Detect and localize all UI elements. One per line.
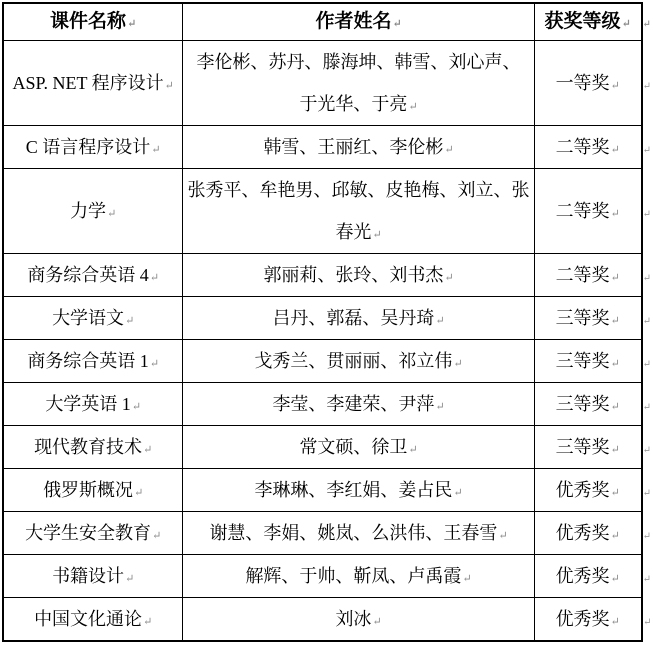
- paragraph-return-icon: ↵: [152, 531, 161, 542]
- row-end-cell: ↵: [642, 169, 652, 254]
- header-award-label: 获奖等级: [545, 11, 621, 32]
- award-cell: 三等奖↵: [534, 297, 641, 340]
- course-text: 大学生安全教育: [25, 523, 151, 543]
- course-cell: 商务综合英语 4↵: [3, 254, 183, 297]
- row-end-mark-icon: ↵: [643, 360, 651, 370]
- paragraph-return-icon: ↵: [408, 445, 417, 456]
- header-authors-label: 作者姓名: [315, 11, 391, 32]
- course-text: 中国文化通论: [34, 609, 142, 629]
- paragraph-return-icon: ↵: [107, 209, 116, 220]
- paragraph-return-icon: ↵: [143, 445, 152, 456]
- award-cell: 一等奖↵: [534, 41, 641, 126]
- course-cell: 力学↵: [3, 169, 183, 254]
- paragraph-return-icon: ↵: [611, 617, 620, 628]
- row-end-mark-icon: ↵: [643, 82, 651, 92]
- table-row: 大学生安全教育↵ 谢慧、李娟、姚岚、么洪伟、王春雪↵ 优秀奖↵ ↵: [3, 512, 652, 555]
- row-end-cell: ↵: [642, 469, 652, 512]
- course-cell: 商务综合英语 1↵: [3, 340, 183, 383]
- header-award: 获奖等级↵: [534, 3, 641, 41]
- paragraph-return-icon: ↵: [125, 574, 134, 585]
- course-cell: 大学语文↵: [3, 297, 183, 340]
- courseware-awards-table: 课件名称↵ 作者姓名↵ 获奖等级↵ ↵ ASP. NET 程序设计↵ 李伦彬、苏…: [2, 2, 653, 642]
- paragraph-return-icon: ↵: [165, 81, 174, 92]
- award-text: 三等奖: [556, 308, 610, 328]
- authors-text: 郭丽莉、张玲、刘书杰: [263, 265, 443, 285]
- row-end-mark-icon: ↵: [643, 274, 651, 284]
- authors-cell: 张秀平、牟艳男、邱敏、皮艳梅、刘立、张春光↵: [183, 169, 534, 254]
- course-text: C 语言程序设计: [26, 137, 151, 157]
- row-end-cell: ↵: [642, 383, 652, 426]
- paragraph-return-icon: ↵: [611, 359, 620, 370]
- award-cell: 优秀奖↵: [534, 512, 641, 555]
- paragraph-return-icon: ↵: [453, 359, 462, 370]
- header-row: 课件名称↵ 作者姓名↵ 获奖等级↵ ↵: [3, 3, 652, 41]
- authors-cell: 吕丹、郭磊、吴丹琦↵: [183, 297, 534, 340]
- authors-text: 戈秀兰、贯丽丽、祁立伟: [254, 351, 452, 371]
- paragraph-return-icon: ↵: [611, 273, 620, 284]
- course-text: 商务综合英语 4: [27, 265, 149, 285]
- authors-cell: 李莹、李建荣、尹萍↵: [183, 383, 534, 426]
- award-cell: 优秀奖↵: [534, 555, 641, 598]
- paragraph-return-icon: ↵: [611, 209, 620, 220]
- paragraph-return-icon: ↵: [125, 316, 134, 327]
- paragraph-return-icon: ↵: [372, 617, 381, 628]
- award-text: 优秀奖: [556, 566, 610, 586]
- paragraph-return-icon: ↵: [435, 316, 444, 327]
- authors-cell: 常文硕、徐卫↵: [183, 426, 534, 469]
- authors-text: 解辉、于帅、靳凤、卢禹霞: [245, 566, 461, 586]
- table-row: 俄罗斯概况↵ 李琳琳、李红娟、姜占民↵ 优秀奖↵ ↵: [3, 469, 652, 512]
- award-cell: 二等奖↵: [534, 126, 641, 169]
- header-course: 课件名称↵: [3, 3, 183, 41]
- award-text: 三等奖: [556, 394, 610, 414]
- authors-cell: 谢慧、李娟、姚岚、么洪伟、王春雪↵: [183, 512, 534, 555]
- table-row: 书籍设计↵ 解辉、于帅、靳凤、卢禹霞↵ 优秀奖↵ ↵: [3, 555, 652, 598]
- authors-cell: 解辉、于帅、靳凤、卢禹霞↵: [183, 555, 534, 598]
- paragraph-return-icon: ↵: [611, 445, 620, 456]
- authors-text: 吕丹、郭磊、吴丹琦: [272, 308, 434, 328]
- paragraph-return-icon: ↵: [408, 102, 417, 113]
- paragraph-return-icon: ↵: [444, 145, 453, 156]
- table-row: C 语言程序设计↵ 韩雪、王丽红、李伦彬↵ 二等奖↵ ↵: [3, 126, 652, 169]
- row-end-cell: ↵: [642, 598, 652, 642]
- row-end-cell: ↵: [642, 3, 652, 41]
- award-cell: 三等奖↵: [534, 340, 641, 383]
- row-end-cell: ↵: [642, 297, 652, 340]
- paragraph-return-icon: ↵: [462, 574, 471, 585]
- table-row: 力学↵ 张秀平、牟艳男、邱敏、皮艳梅、刘立、张春光↵ 二等奖↵ ↵: [3, 169, 652, 254]
- table-row: 商务综合英语 4↵ 郭丽莉、张玲、刘书杰↵ 二等奖↵ ↵: [3, 254, 652, 297]
- authors-cell: 郭丽莉、张玲、刘书杰↵: [183, 254, 534, 297]
- table-body: ASP. NET 程序设计↵ 李伦彬、苏丹、滕海坤、韩雪、刘心声、于光华、于亮↵…: [3, 41, 652, 642]
- paragraph-return-icon: ↵: [611, 488, 620, 499]
- row-end-cell: ↵: [642, 126, 652, 169]
- authors-cell: 李伦彬、苏丹、滕海坤、韩雪、刘心声、于光华、于亮↵: [183, 41, 534, 126]
- award-text: 优秀奖: [556, 480, 610, 500]
- row-end-cell: ↵: [642, 340, 652, 383]
- paragraph-return-icon: ↵: [134, 488, 143, 499]
- row-end-cell: ↵: [642, 512, 652, 555]
- paragraph-return-icon: ↵: [611, 81, 620, 92]
- course-text: 商务综合英语 1: [27, 351, 149, 371]
- authors-text: 李莹、李建荣、尹萍: [272, 394, 434, 414]
- course-cell: 大学英语 1↵: [3, 383, 183, 426]
- row-end-cell: ↵: [642, 254, 652, 297]
- authors-text: 刘冰: [335, 609, 371, 629]
- table-header: 课件名称↵ 作者姓名↵ 获奖等级↵ ↵: [3, 3, 652, 41]
- course-text: 书籍设计: [52, 566, 124, 586]
- award-cell: 二等奖↵: [534, 169, 641, 254]
- award-text: 三等奖: [556, 351, 610, 371]
- award-cell: 优秀奖↵: [534, 598, 641, 642]
- course-text: 大学英语 1: [45, 394, 131, 414]
- award-text: 二等奖: [556, 137, 610, 157]
- row-end-cell: ↵: [642, 41, 652, 126]
- award-cell: 三等奖↵: [534, 426, 641, 469]
- paragraph-return-icon: ↵: [622, 19, 631, 30]
- award-cell: 优秀奖↵: [534, 469, 641, 512]
- paragraph-return-icon: ↵: [435, 402, 444, 413]
- authors-text: 张秀平、牟艳男、邱敏、皮艳梅、刘立、张春光: [188, 180, 530, 242]
- row-end-cell: ↵: [642, 426, 652, 469]
- row-end-mark-icon: ↵: [643, 575, 651, 585]
- course-text: 力学: [70, 201, 106, 221]
- authors-cell: 李琳琳、李红娟、姜占民↵: [183, 469, 534, 512]
- paragraph-return-icon: ↵: [150, 359, 159, 370]
- paragraph-return-icon: ↵: [611, 531, 620, 542]
- course-cell: 俄罗斯概况↵: [3, 469, 183, 512]
- paragraph-return-icon: ↵: [143, 617, 152, 628]
- authors-cell: 戈秀兰、贯丽丽、祁立伟↵: [183, 340, 534, 383]
- award-cell: 三等奖↵: [534, 383, 641, 426]
- course-cell: 现代教育技术↵: [3, 426, 183, 469]
- course-cell: 中国文化通论↵: [3, 598, 183, 642]
- row-end-mark-icon: ↵: [643, 146, 651, 156]
- paragraph-return-icon: ↵: [392, 19, 401, 30]
- row-end-cell: ↵: [642, 555, 652, 598]
- course-cell: 大学生安全教育↵: [3, 512, 183, 555]
- authors-cell: 刘冰↵: [183, 598, 534, 642]
- table-row: 大学语文↵ 吕丹、郭磊、吴丹琦↵ 三等奖↵ ↵: [3, 297, 652, 340]
- authors-text: 李琳琳、李红娟、姜占民: [254, 480, 452, 500]
- paragraph-return-icon: ↵: [453, 488, 462, 499]
- table-row: 商务综合英语 1↵ 戈秀兰、贯丽丽、祁立伟↵ 三等奖↵ ↵: [3, 340, 652, 383]
- authors-text: 李伦彬、苏丹、滕海坤、韩雪、刘心声、于光华、于亮: [197, 52, 521, 114]
- award-cell: 二等奖↵: [534, 254, 641, 297]
- paragraph-return-icon: ↵: [611, 145, 620, 156]
- row-end-mark-icon: ↵: [643, 20, 651, 30]
- paragraph-return-icon: ↵: [611, 574, 620, 585]
- award-text: 三等奖: [556, 437, 610, 457]
- paragraph-return-icon: ↵: [611, 402, 620, 413]
- row-end-mark-icon: ↵: [643, 210, 651, 220]
- award-text: 一等奖: [556, 73, 610, 93]
- course-text: 现代教育技术: [34, 437, 142, 457]
- award-text: 优秀奖: [556, 523, 610, 543]
- table-row: 中国文化通论↵ 刘冰↵ 优秀奖↵ ↵: [3, 598, 652, 642]
- paragraph-return-icon: ↵: [127, 19, 136, 30]
- paragraph-return-icon: ↵: [498, 531, 507, 542]
- course-cell: 书籍设计↵: [3, 555, 183, 598]
- header-course-label: 课件名称: [50, 11, 126, 32]
- row-end-mark-icon: ↵: [643, 489, 651, 499]
- paragraph-return-icon: ↵: [372, 230, 381, 241]
- table-row: 大学英语 1↵ 李莹、李建荣、尹萍↵ 三等奖↵ ↵: [3, 383, 652, 426]
- course-text: 俄罗斯概况: [43, 480, 133, 500]
- award-text: 二等奖: [556, 265, 610, 285]
- course-text: ASP. NET 程序设计: [12, 73, 163, 93]
- row-end-mark-icon: ↵: [643, 317, 651, 327]
- authors-text: 常文硕、徐卫: [299, 437, 407, 457]
- header-authors: 作者姓名↵: [183, 3, 534, 41]
- row-end-mark-icon: ↵: [643, 403, 651, 413]
- award-text: 二等奖: [556, 201, 610, 221]
- authors-text: 谢慧、李娟、姚岚、么洪伟、王春雪: [209, 523, 497, 543]
- paragraph-return-icon: ↵: [132, 402, 141, 413]
- authors-text: 韩雪、王丽红、李伦彬: [263, 137, 443, 157]
- course-cell: ASP. NET 程序设计↵: [3, 41, 183, 126]
- course-text: 大学语文: [52, 308, 124, 328]
- award-text: 优秀奖: [556, 609, 610, 629]
- row-end-mark-icon: ↵: [643, 446, 651, 456]
- table-row: 现代教育技术↵ 常文硕、徐卫↵ 三等奖↵ ↵: [3, 426, 652, 469]
- table-row: ASP. NET 程序设计↵ 李伦彬、苏丹、滕海坤、韩雪、刘心声、于光华、于亮↵…: [3, 41, 652, 126]
- authors-cell: 韩雪、王丽红、李伦彬↵: [183, 126, 534, 169]
- row-end-mark-icon: ↵: [643, 532, 651, 542]
- paragraph-return-icon: ↵: [444, 273, 453, 284]
- paragraph-return-icon: ↵: [151, 145, 160, 156]
- course-cell: C 语言程序设计↵: [3, 126, 183, 169]
- paragraph-return-icon: ↵: [611, 316, 620, 327]
- paragraph-return-icon: ↵: [150, 273, 159, 284]
- row-end-mark-icon: ↵: [643, 618, 651, 628]
